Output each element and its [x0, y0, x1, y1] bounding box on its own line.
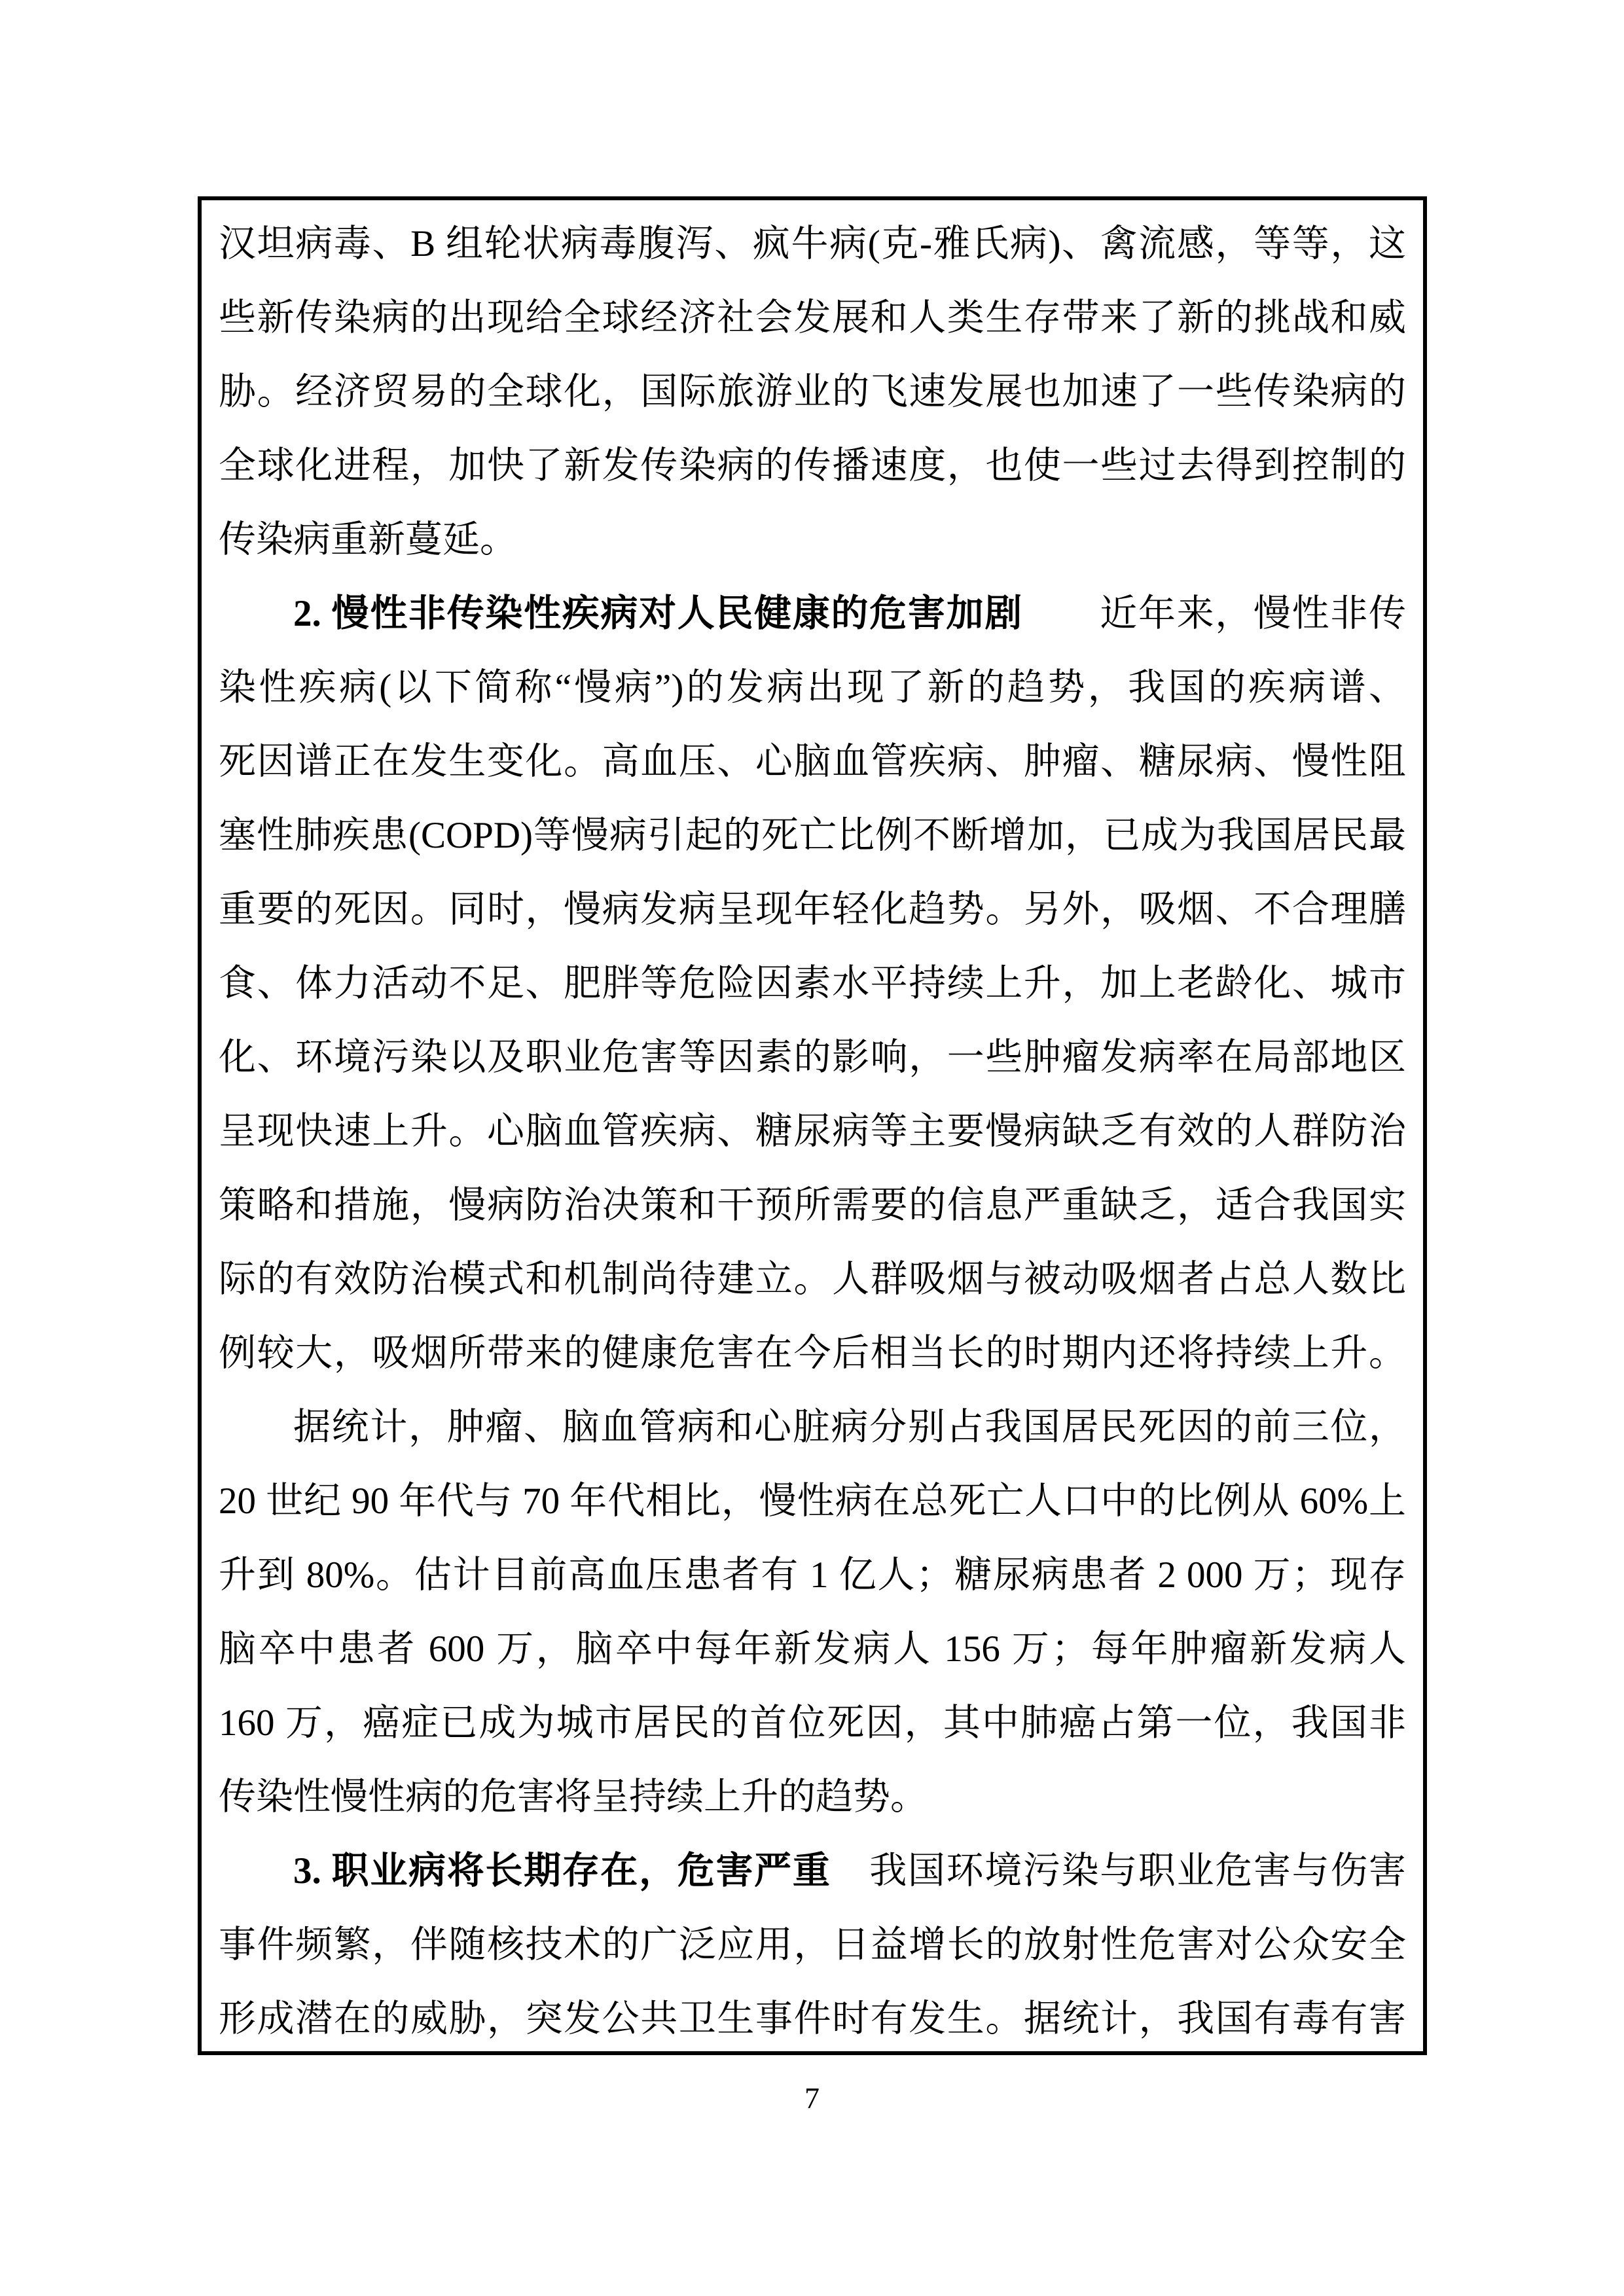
body-run: 塞性肺疾患(COPD)等慢病引起的死亡比例不断增加，已成为我国居民最	[219, 815, 1406, 856]
text-line: 死因谱正在发生变化。高血压、心脑血管疾病、肿瘤、糖尿病、慢性阻	[219, 725, 1406, 798]
text-line: 脑卒中患者 600 万，脑卒中每年新发病人 156 万；每年肿瘤新发病人	[219, 1612, 1406, 1686]
document-page: 汉坦病毒、B 组轮状病毒腹泻、疯牛病(克-雅氏病)、禽流感，等等，这些新传染病的…	[0, 0, 1624, 2296]
body-run: 近年来，慢性非传	[1100, 593, 1406, 634]
body-run: 传染性慢性病的危害将呈持续上升的趋势。	[219, 1776, 928, 1818]
text-line: 例较大，吸烟所带来的健康危害在今后相当长的时期内还将持续上升。	[219, 1316, 1406, 1390]
body-run: 染性疾病(以下简称“慢病”)的发病出现了新的趋势，我国的疾病谱、	[219, 667, 1406, 708]
text-line: 际的有效防治模式和机制尚待建立。人群吸烟与被动吸烟者占总人数比	[219, 1242, 1406, 1316]
body-run: 策略和措施，慢病防治决策和干预所需要的信息严重缺乏，适合我国实	[219, 1185, 1406, 1226]
body-run: 我国环境污染与职业危害与伤害	[869, 1850, 1406, 1892]
body-run: 些新传染病的出现给全球经济社会发展和人类生存带来了新的挑战和威	[219, 297, 1406, 338]
body-run: 脑卒中患者 600 万，脑卒中每年新发病人 156 万；每年肿瘤新发病人	[219, 1628, 1406, 1670]
body-run: 据统计，肿瘤、脑血管病和心脏病分别占我国居民死因的前三位，	[293, 1407, 1406, 1448]
text-line: 2. 慢性非传染性疾病对人民健康的危害加剧 近年来，慢性非传	[219, 577, 1406, 651]
body-run: 呈现快速上升。心脑血管疾病、糖尿病等主要慢病缺乏有效的人群防治	[219, 1111, 1406, 1152]
text-line: 事件频繁，伴随核技术的广泛应用，日益增长的放射性危害对公众安全	[219, 1908, 1406, 1982]
body-run: 食、体力活动不足、肥胖等危险因素水平持续上升，加上老龄化、城市	[219, 963, 1406, 1004]
text-line: 升到 80%。估计目前高血压患者有 1 亿人；糖尿病患者 2 000 万；现存	[219, 1538, 1406, 1612]
text-line: 胁。经济贸易的全球化，国际旅游业的飞速发展也加速了一些传染病的	[219, 355, 1406, 429]
body-run: 际的有效防治模式和机制尚待建立。人群吸烟与被动吸烟者占总人数比	[219, 1259, 1406, 1300]
body-run: 例较大，吸烟所带来的健康危害在今后相当长的时期内还将持续上升。	[219, 1333, 1406, 1374]
body-run: 形成潜在的威胁，突发公共卫生事件时有发生。据统计，我国有毒有害	[219, 1998, 1406, 2039]
body-run: 20 世纪 90 年代与 70 年代相比，慢性病在总死亡人口中的比例从 60%上	[219, 1480, 1406, 1522]
body-run: 事件频繁，伴随核技术的广泛应用，日益增长的放射性危害对公众安全	[219, 1924, 1406, 1965]
body-run: 全球化进程，加快了新发传染病的传播速度，也使一些过去得到控制的	[219, 445, 1406, 486]
body-run: 汉坦病毒、B 组轮状病毒腹泻、疯牛病(克-雅氏病)、禽流感，等等，这	[219, 223, 1406, 264]
text-line: 化、环境污染以及职业危害等因素的影响，一些肿瘤发病率在局部地区	[219, 1020, 1406, 1094]
body-run	[831, 1850, 870, 1892]
heading-run: 3. 职业病将长期存在，危害严重	[293, 1850, 831, 1892]
text-line: 食、体力活动不足、肥胖等危险因素水平持续上升，加上老龄化、城市	[219, 946, 1406, 1020]
heading-run: 2. 慢性非传染性疾病对人民健康的危害加剧	[293, 593, 1023, 634]
text-line: 据统计，肿瘤、脑血管病和心脏病分别占我国居民死因的前三位，	[219, 1390, 1406, 1464]
text-line: 呈现快速上升。心脑血管疾病、糖尿病等主要慢病缺乏有效的人群防治	[219, 1094, 1406, 1168]
text-border-box: 汉坦病毒、B 组轮状病毒腹泻、疯牛病(克-雅氏病)、禽流感，等等，这些新传染病的…	[198, 196, 1427, 2055]
body-run: 死因谱正在发生变化。高血压、心脑血管疾病、肿瘤、糖尿病、慢性阻	[219, 741, 1406, 782]
text-line: 160 万，癌症已成为城市居民的首位死因，其中肺癌占第一位，我国非	[219, 1686, 1406, 1760]
page-number: 7	[0, 2080, 1624, 2117]
body-run	[1023, 593, 1100, 634]
body-run: 胁。经济贸易的全球化，国际旅游业的飞速发展也加速了一些传染病的	[219, 371, 1406, 412]
text-line: 20 世纪 90 年代与 70 年代相比，慢性病在总死亡人口中的比例从 60%上	[219, 1464, 1406, 1538]
body-run: 传染病重新蔓延。	[219, 519, 517, 560]
text-line: 3. 职业病将长期存在，危害严重 我国环境污染与职业危害与伤害	[219, 1834, 1406, 1908]
text-line: 些新传染病的出现给全球经济社会发展和人类生存带来了新的挑战和威	[219, 281, 1406, 355]
text-line: 塞性肺疾患(COPD)等慢病引起的死亡比例不断增加，已成为我国居民最	[219, 798, 1406, 872]
text-line: 传染病重新蔓延。	[219, 503, 1406, 577]
body-run: 160 万，癌症已成为城市居民的首位死因，其中肺癌占第一位，我国非	[219, 1702, 1406, 1744]
text-line: 全球化进程，加快了新发传染病的传播速度，也使一些过去得到控制的	[219, 429, 1406, 503]
body-run: 重要的死因。同时，慢病发病呈现年轻化趋势。另外，吸烟、不合理膳	[219, 889, 1406, 930]
text-line: 染性疾病(以下简称“慢病”)的发病出现了新的趋势，我国的疾病谱、	[219, 651, 1406, 725]
text-line: 形成潜在的威胁，突发公共卫生事件时有发生。据统计，我国有毒有害	[219, 1982, 1406, 2055]
text-line: 策略和措施，慢病防治决策和干预所需要的信息严重缺乏，适合我国实	[219, 1168, 1406, 1242]
body-run: 化、环境污染以及职业危害等因素的影响，一些肿瘤发病率在局部地区	[219, 1037, 1406, 1078]
text-line: 汉坦病毒、B 组轮状病毒腹泻、疯牛病(克-雅氏病)、禽流感，等等，这	[219, 207, 1406, 281]
text-lines: 汉坦病毒、B 组轮状病毒腹泻、疯牛病(克-雅氏病)、禽流感，等等，这些新传染病的…	[219, 207, 1406, 2055]
text-line: 传染性慢性病的危害将呈持续上升的趋势。	[219, 1760, 1406, 1834]
body-run: 升到 80%。估计目前高血压患者有 1 亿人；糖尿病患者 2 000 万；现存	[219, 1554, 1406, 1596]
text-line: 重要的死因。同时，慢病发病呈现年轻化趋势。另外，吸烟、不合理膳	[219, 872, 1406, 946]
